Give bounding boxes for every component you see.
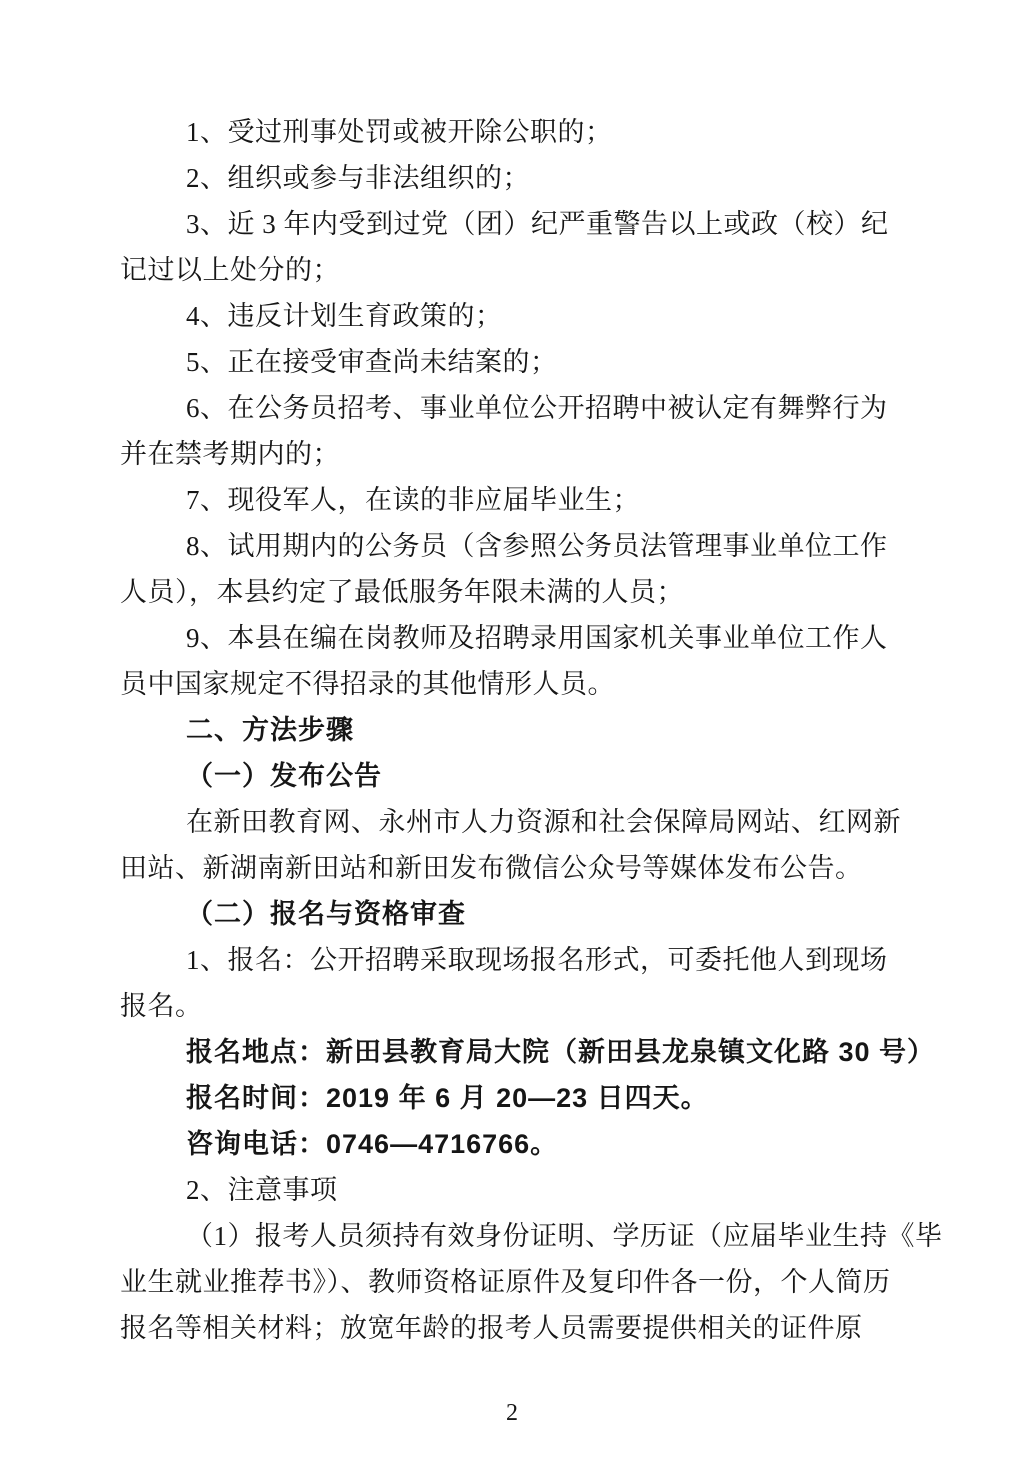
heading-line: 咨询电话：0746—4716766。 xyxy=(120,1121,920,1167)
text-line: 田站、新湖南新田站和新田发布微信公众号等媒体发布公告。 xyxy=(120,845,920,891)
text-line: 记过以上处分的； xyxy=(120,247,920,293)
text-line: 3、近 3 年内受到过党（团）纪严重警告以上或政（校）纪 xyxy=(120,201,920,247)
text-line: 9、本县在编在岗教师及招聘录用国家机关事业单位工作人 xyxy=(120,615,920,661)
heading-line: （二）报名与资格审查 xyxy=(120,891,920,937)
text-line: 1、受过刑事处罚或被开除公职的； xyxy=(120,109,920,155)
text-line: 并在禁考期内的； xyxy=(120,431,920,477)
text-line: 6、在公务员招考、事业单位公开招聘中被认定有舞弊行为 xyxy=(120,385,920,431)
page-number: 2 xyxy=(0,1398,1024,1428)
heading-line: （一）发布公告 xyxy=(120,753,920,799)
heading-line: 报名时间：2019 年 6 月 20—23 日四天。 xyxy=(120,1075,920,1121)
text-line: 2、组织或参与非法组织的； xyxy=(120,155,920,201)
text-line: 业生就业推荐书》）、教师资格证原件及复印件各一份，个人简历 xyxy=(120,1259,920,1305)
text-line: （1）报考人员须持有效身份证明、学历证（应届毕业生持《毕 xyxy=(120,1213,920,1259)
text-line: 1、报名：公开招聘采取现场报名形式，可委托他人到现场 xyxy=(120,937,920,983)
heading-line: 二、方法步骤 xyxy=(120,707,920,753)
text-line: 8、试用期内的公务员（含参照公务员法管理事业单位工作 xyxy=(120,523,920,569)
text-line: 报名等相关材料；放宽年龄的报考人员需要提供相关的证件原 xyxy=(120,1305,920,1351)
text-line: 5、正在接受审查尚未结案的； xyxy=(120,339,920,385)
text-line: 人员），本县约定了最低服务年限未满的人员； xyxy=(120,569,920,615)
document-body: 1、受过刑事处罚或被开除公职的；2、组织或参与非法组织的；3、近 3 年内受到过… xyxy=(120,109,920,1351)
heading-line: 报名地点：新田县教育局大院（新田县龙泉镇文化路 30 号） xyxy=(120,1029,920,1075)
text-line: 2、注意事项 xyxy=(120,1167,920,1213)
text-line: 4、违反计划生育政策的； xyxy=(120,293,920,339)
text-line: 员中国家规定不得招录的其他情形人员。 xyxy=(120,661,920,707)
text-line: 报名。 xyxy=(120,983,920,1029)
text-line: 7、现役军人，在读的非应届毕业生； xyxy=(120,477,920,523)
document-page: 1、受过刑事处罚或被开除公职的；2、组织或参与非法组织的；3、近 3 年内受到过… xyxy=(0,0,1024,1484)
text-line: 在新田教育网、永州市人力资源和社会保障局网站、红网新 xyxy=(120,799,920,845)
